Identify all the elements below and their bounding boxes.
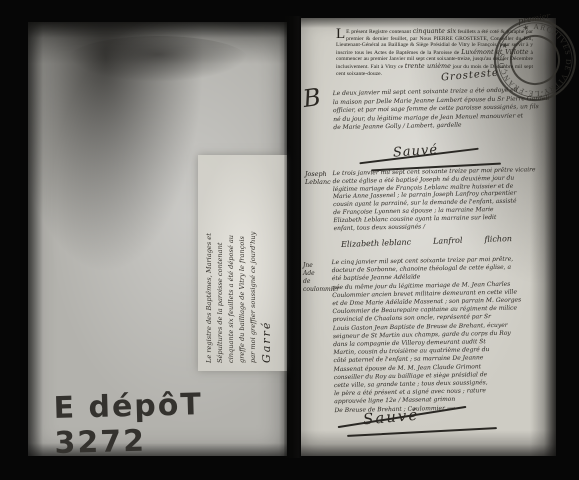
- notice-text: E présent Registre contenant: [346, 29, 412, 35]
- archive-cote: E dépôT 3272: [53, 385, 288, 461]
- top-smudge: [68, 36, 248, 82]
- deposit-note-line: par moi greffier soussigné ce jourd'huy: [248, 163, 259, 363]
- witness-signature: Elizabeth leblanc: [341, 238, 411, 249]
- deposit-note-patch: Le registre des Baptêmes, Mariages et Sé…: [198, 155, 287, 371]
- deposit-note-line: Sépultures de la paroisse contenant: [215, 163, 226, 363]
- notice-handwritten-insert: Luxémont et Villotte: [461, 48, 528, 56]
- notice-handwritten-insert: cinquante six: [413, 27, 456, 35]
- signature-flourish: [347, 427, 497, 436]
- notice-dropcap: L: [336, 28, 345, 41]
- deposit-note-line: cinquante six feuillets a été déposé au: [226, 163, 237, 363]
- left-page: Le registre des Baptêmes, Mariages et Sé…: [28, 22, 287, 456]
- baptism-entry-3: Le cinq janvier mil sept cent soixante t…: [332, 255, 555, 415]
- register-scan: Le registre des Baptêmes, Mariages et Sé…: [0, 0, 579, 480]
- entry2-margin-mark: Joseph Leblanc: [305, 170, 331, 186]
- margin-line: Joseph: [305, 170, 331, 178]
- deposit-note-line: greffe du bailliage de Vitry le françois: [237, 163, 248, 363]
- deposit-note-signature: Garré: [261, 163, 272, 363]
- deposit-note-line: Le registre des Baptêmes, Mariages et: [204, 163, 215, 363]
- notice-handwritten-insert: trente unième: [405, 62, 451, 70]
- entry2-signatures: Elizabeth leblanc Lanfrol flichon: [341, 234, 512, 249]
- priest-signature: Sauvé: [393, 142, 439, 160]
- entry1-margin-mark: B: [303, 93, 322, 103]
- deposit-note: Le registre des Baptêmes, Mariages et Sé…: [204, 163, 282, 363]
- priest-bottom-signature: Sauvé: [362, 406, 420, 429]
- binding-gutter: [284, 16, 302, 458]
- witness-signature: Lanfrol: [433, 236, 463, 246]
- printed-notice: LE présent Registre contenant cinquante …: [336, 28, 533, 77]
- right-page: premier ★ ARCHIVES DE VITRY-LE-FRANÇOIS …: [301, 18, 556, 456]
- witness-signature: flichon: [484, 234, 512, 244]
- baptism-entry-2: Le trois janvier mil sept cent soixante …: [332, 166, 551, 233]
- baptism-entry-1: Le deux janvier mil sept cent soixante t…: [333, 86, 550, 133]
- margin-line: Leblanc: [305, 178, 331, 186]
